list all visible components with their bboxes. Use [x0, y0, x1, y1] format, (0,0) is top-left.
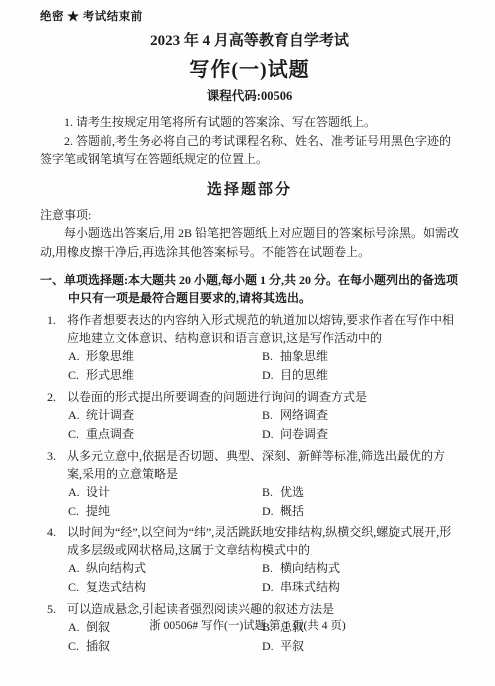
option-c: C.提纯: [68, 502, 262, 521]
option-c: C.重点调查: [68, 425, 262, 444]
options-grid: A.纵向结构式 B.横向结构式 C.复迭式结构 D.串珠式结构: [40, 559, 459, 597]
option-d: D.问卷调查: [262, 425, 459, 444]
question-number: 4.: [47, 523, 67, 559]
option-c: C.形式思维: [68, 366, 262, 385]
option-label: D.: [262, 425, 280, 444]
question-stem: 可以造成悬念,引起读者强烈阅读兴趣的叙述方法是: [67, 600, 459, 618]
question-stem-row: 2. 以卷面的形式提出所要调查的问题进行询问的调查方式是: [40, 388, 459, 406]
question-4: 4. 以时间为“经”,以空间为“纬”,灵活跳跃地安排结构,纵横交织,螺旋式展开,…: [40, 523, 459, 597]
question-stem: 从多元立意中,依据是否切题、典型、深刻、新鲜等标准,筛选出最优的方案,采用的立意…: [67, 447, 459, 483]
option-label: C.: [68, 366, 86, 385]
question-3: 3. 从多元立意中,依据是否切题、典型、深刻、新鲜等标准,筛选出最优的方案,采用…: [40, 447, 459, 521]
option-b: B.抽象思维: [262, 347, 459, 366]
option-text: 复迭式结构: [86, 580, 146, 594]
options-grid: A.设计 B.优选 C.提纯 D.概括: [40, 483, 459, 521]
option-d: D.串珠式结构: [262, 578, 459, 597]
question-number: 5.: [47, 600, 67, 618]
question-number: 3.: [47, 447, 67, 483]
option-label: D.: [262, 502, 280, 521]
option-b: B.横向结构式: [262, 559, 459, 578]
option-label: C.: [68, 425, 86, 444]
paper-title: 写作(一)试题: [40, 53, 459, 82]
option-text: 网络调查: [280, 408, 328, 422]
question-stem: 以卷面的形式提出所要调查的问题进行询问的调查方式是: [67, 388, 459, 406]
options-grid: A.形象思维 B.抽象思维 C.形式思维 D.目的思维: [40, 347, 459, 385]
section-heading: 选择题部分: [40, 178, 459, 199]
question-stem-row: 3. 从多元立意中,依据是否切题、典型、深刻、新鲜等标准,筛选出最优的方案,采用…: [40, 447, 459, 483]
option-text: 插叙: [86, 639, 110, 653]
exam-paper-page: 绝密 ★ 考试结束前 2023 年 4 月高等教育自学考试 写作(一)试题 课程…: [0, 0, 495, 686]
option-label: B.: [262, 483, 280, 502]
question-2: 2. 以卷面的形式提出所要调查的问题进行询问的调查方式是 A.统计调查 B.网络…: [40, 388, 459, 444]
option-b: B.优选: [262, 483, 459, 502]
option-label: C.: [68, 578, 86, 597]
option-d: D.平叙: [262, 637, 459, 656]
option-text: 目的思维: [280, 368, 328, 382]
option-label: A.: [68, 406, 86, 425]
option-text: 概括: [280, 504, 304, 518]
option-label: A.: [68, 483, 86, 502]
option-label: D.: [262, 578, 280, 597]
option-text: 优选: [280, 485, 304, 499]
option-text: 平叙: [280, 639, 304, 653]
option-text: 提纯: [86, 504, 110, 518]
general-instructions: 1. 请考生按规定用笔将所有试题的答案涂、写在答题纸上。 2. 答题前,考生务必…: [40, 113, 459, 169]
option-c: C.插叙: [68, 637, 262, 656]
notes-text: 每小题选出答案后,用 2B 铅笔把答题纸上对应题目的答案标号涂黑。如需改动,用橡…: [40, 224, 459, 261]
option-text: 纵向结构式: [86, 561, 146, 575]
option-a: A.统计调查: [68, 406, 262, 425]
option-text: 问卷调查: [280, 427, 328, 441]
option-text: 横向结构式: [280, 561, 340, 575]
option-a: A.设计: [68, 483, 262, 502]
option-label: C.: [68, 502, 86, 521]
question-1: 1. 将作者想要表达的内容纳入形式规范的轨道加以熔铸,要求作者在写作中相应地建立…: [40, 311, 459, 385]
option-a: A.纵向结构式: [68, 559, 262, 578]
instruction-item-1: 1. 请考生按规定用笔将所有试题的答案涂、写在答题纸上。: [40, 113, 459, 132]
question-stem: 将作者想要表达的内容纳入形式规范的轨道加以熔铸,要求作者在写作中相应地建立文体意…: [67, 311, 459, 347]
option-label: D.: [262, 366, 280, 385]
option-label: B.: [262, 347, 280, 366]
question-stem-row: 5. 可以造成悬念,引起读者强烈阅读兴趣的叙述方法是: [40, 600, 459, 618]
option-label: A.: [68, 347, 86, 366]
option-text: 形式思维: [86, 368, 134, 382]
question-number: 1.: [47, 311, 67, 347]
option-d: D.目的思维: [262, 366, 459, 385]
instruction-item-2: 2. 答题前,考生务必将自己的考试课程名称、姓名、准考证号用黑色字迹的签字笔或钢…: [40, 132, 459, 169]
option-d: D.概括: [262, 502, 459, 521]
notes-label: 注意事项:: [40, 206, 459, 225]
option-label: C.: [68, 637, 86, 656]
question-number: 2.: [47, 388, 67, 406]
option-text: 抽象思维: [280, 349, 328, 363]
option-text: 统计调查: [86, 408, 134, 422]
option-label: B.: [262, 559, 280, 578]
option-label: D.: [262, 637, 280, 656]
option-c: C.复迭式结构: [68, 578, 262, 597]
exam-session-title: 2023 年 4 月高等教育自学考试: [40, 29, 459, 50]
option-label: A.: [68, 559, 86, 578]
option-text: 重点调查: [86, 427, 134, 441]
question-stem-row: 4. 以时间为“经”,以空间为“纬”,灵活跳跃地安排结构,纵横交织,螺旋式展开,…: [40, 523, 459, 559]
options-grid: A.统计调查 B.网络调查 C.重点调查 D.问卷调查: [40, 406, 459, 444]
option-text: 设计: [86, 485, 110, 499]
option-label: B.: [262, 406, 280, 425]
part-one-heading: 一、单项选择题:本大题共 20 小题,每小题 1 分,共 20 分。在每小题列出…: [40, 271, 459, 308]
option-b: B.网络调查: [262, 406, 459, 425]
classification-banner: 绝密 ★ 考试结束前: [40, 8, 459, 24]
option-text: 串珠式结构: [280, 580, 340, 594]
question-stem-row: 1. 将作者想要表达的内容纳入形式规范的轨道加以熔铸,要求作者在写作中相应地建立…: [40, 311, 459, 347]
question-stem: 以时间为“经”,以空间为“纬”,灵活跳跃地安排结构,纵横交织,螺旋式展开,形成多…: [67, 523, 459, 559]
option-text: 形象思维: [86, 349, 134, 363]
course-code: 课程代码:00506: [40, 86, 459, 104]
page-footer: 浙 00506# 写作(一)试题 第 1 页(共 4 页): [0, 617, 495, 633]
option-a: A.形象思维: [68, 347, 262, 366]
